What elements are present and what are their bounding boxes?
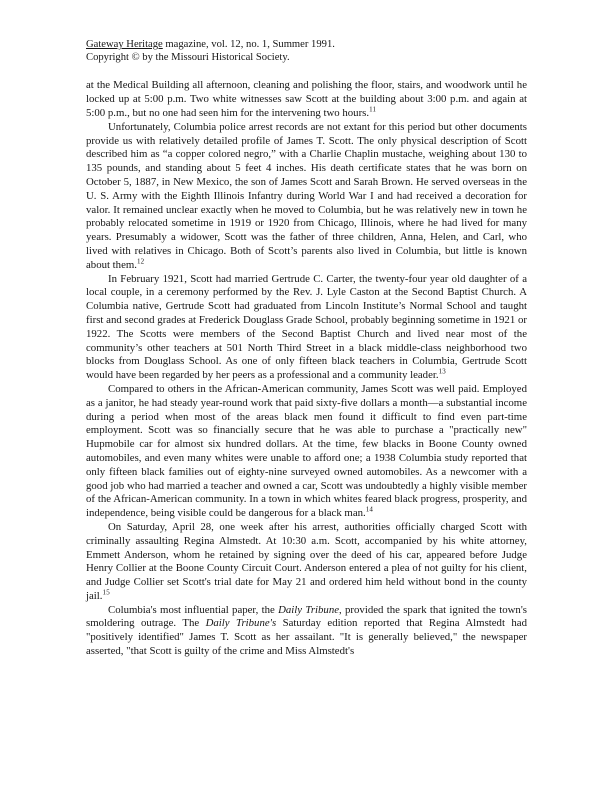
footnote-marker: 13 (439, 368, 446, 376)
footnote-marker: 12 (137, 257, 144, 265)
source-header: Gateway Heritage magazine, vol. 12, no. … (86, 38, 527, 64)
paragraph: On Saturday, April 28, one week after hi… (86, 521, 527, 604)
document-page: Gateway Heritage magazine, vol. 12, no. … (0, 0, 612, 792)
paragraph: at the Medical Building all afternoon, c… (86, 79, 527, 120)
header-line: Gateway Heritage magazine, vol. 12, no. … (86, 38, 527, 51)
paragraph: Unfortunately, Columbia police arrest re… (86, 121, 527, 273)
footnote-marker: 15 (103, 588, 110, 596)
paragraph: Columbia's most influential paper, the D… (86, 604, 527, 659)
footnote-marker: 11 (369, 105, 376, 113)
paragraph: Compared to others in the African-Americ… (86, 383, 527, 521)
article-body: at the Medical Building all afternoon, c… (86, 79, 527, 658)
paragraph: In February 1921, Scott had married Gert… (86, 273, 527, 383)
header-line: Copyright © by the Missouri Historical S… (86, 51, 527, 64)
footnote-marker: 14 (366, 506, 373, 514)
